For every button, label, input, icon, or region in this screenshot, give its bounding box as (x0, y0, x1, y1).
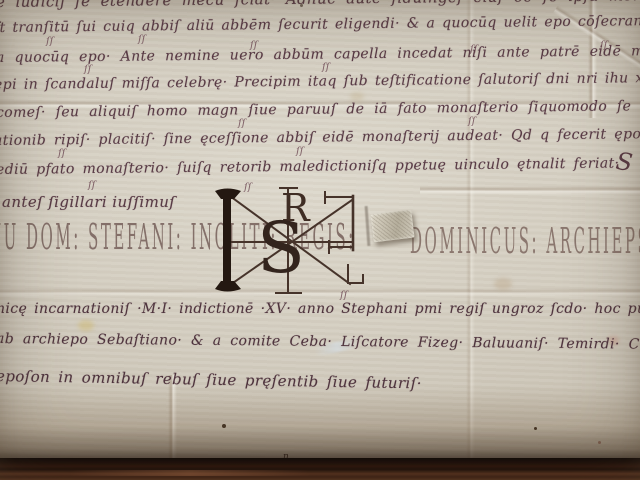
chancellor-signature-line: DOMINICUS: ARCHIEPS: UICECANCELR (410, 220, 640, 262)
monogram-upright-flare (215, 281, 241, 292)
stain (78, 320, 94, 331)
abbreviation-flourish: ſſ (84, 64, 91, 75)
abbreviation-flourish: ſſ (46, 36, 53, 47)
monogram-upright-flare (215, 189, 241, 200)
abbreviation-flourish: ſſ (138, 34, 145, 45)
abbreviation-flourish: ſſ (322, 62, 329, 73)
monogram-letter-l (348, 265, 363, 283)
stain (494, 278, 512, 290)
frame-highlight (70, 470, 310, 476)
abbreviation-flourish: ſſ (600, 40, 607, 51)
bottom-shadow-gradient (0, 385, 640, 460)
abbreviation-flourish: ſſ (58, 148, 65, 159)
abbreviation-flourish: ſſ (238, 118, 245, 129)
abbreviation-flourish: ſſ (296, 146, 303, 157)
monogram-letter-s: S (257, 207, 305, 289)
abbreviation-flourish: ſſ (470, 44, 477, 55)
abbreviation-flourish: ſſ (88, 180, 95, 191)
monogram-thick-upright (223, 195, 231, 285)
wooden-frame-edge (0, 458, 640, 480)
abbreviation-flourish: ſſ (250, 40, 257, 51)
parchment-seal-tag (370, 210, 414, 243)
royal-monogram: R S (202, 183, 376, 305)
stain (350, 92, 364, 101)
manuscript-line: nicę incarnationiſ ·M·I· indictionē ·XV·… (0, 301, 640, 317)
manuscript-line: anteſ ſigillari iuſſimuſ (2, 193, 175, 211)
abbreviation-flourish: ſſ (468, 116, 475, 127)
charter-photo: e iudicij ſe etendere mecū ſciat· Adhuc … (0, 0, 640, 480)
fold-crease-horizontal (420, 186, 640, 195)
